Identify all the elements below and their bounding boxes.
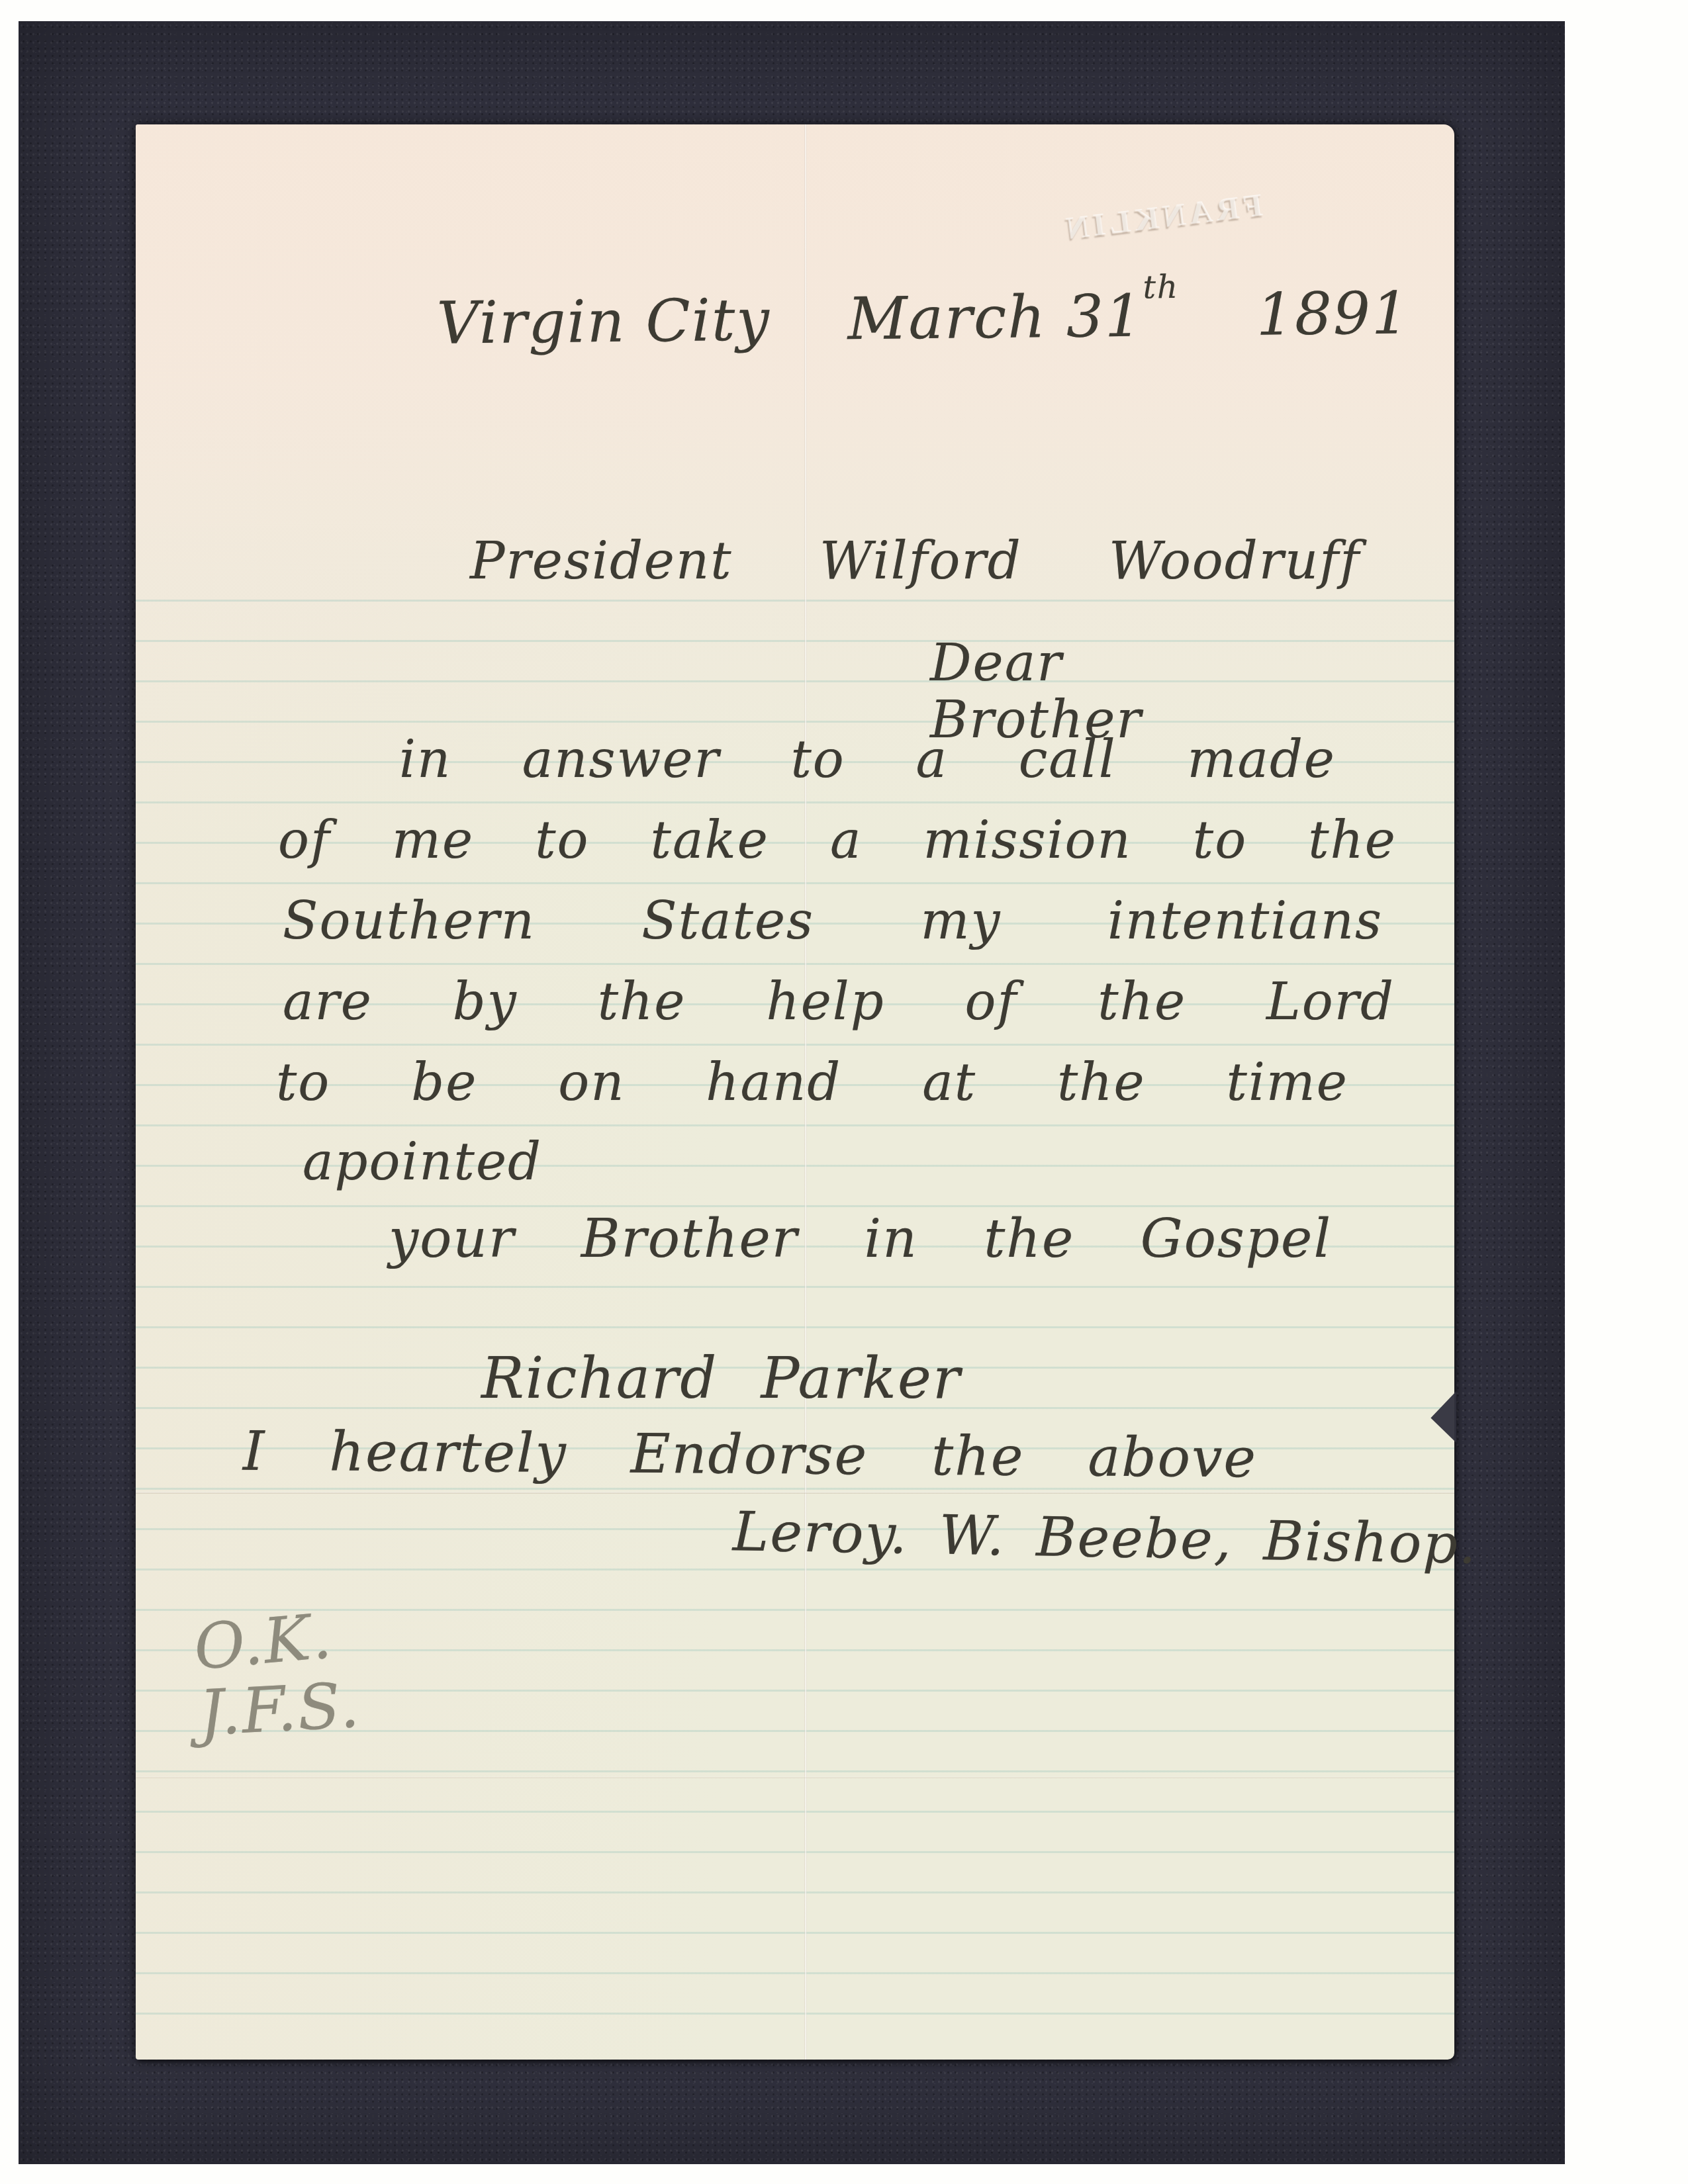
dateline-year: 1891 (1256, 281, 1411, 347)
horizontal-crease-upper (136, 1492, 1454, 1494)
body-line-4: are by the help of the Lord (283, 974, 1395, 1031)
dark-mat-background: FRANKLIN Virgin City March 31th 1891 Pre… (19, 21, 1565, 2164)
endorsement-signature: Leroy. W. Beebe, Bishop. (732, 1502, 1477, 1575)
body-line-5: to be on hand at the time (276, 1055, 1348, 1112)
body-line-6: apointed (303, 1134, 542, 1191)
endorsement-line: I heartely Endorse the above (243, 1422, 1258, 1489)
dateline-date: March 31th (847, 284, 1180, 351)
pencil-note-ok: O.K. (191, 1602, 336, 1682)
stamp-text-mirrored: FRANKLIN (1060, 187, 1264, 248)
letter-paper: FRANKLIN Virgin City March 31th 1891 Pre… (136, 124, 1454, 2060)
closing-line: your Brother in the Gospel (389, 1210, 1332, 1268)
dateline: Virgin City March 31th 1891 (437, 281, 1411, 355)
pencil-note-initials: J.F.S. (197, 1672, 362, 1749)
edge-tear-notch (1429, 1391, 1456, 1443)
signature-richard-parker: Richard Parker (481, 1347, 961, 1410)
body-line-3: Southern States my intentians (283, 893, 1383, 950)
horizontal-crease-lower (136, 1776, 1454, 1778)
dateline-place: Virgin City (437, 288, 771, 355)
dateline-ordinal: th (1143, 269, 1179, 306)
body-line-2: of me to take a mission to the (278, 813, 1397, 870)
body-line-1: in answer to a call made (399, 732, 1336, 789)
embossed-stamp: FRANKLIN (1060, 183, 1303, 271)
recipient-line: President Wilford Woodruff (470, 533, 1360, 590)
scanned-letter-page: { "letter": { "stamp": "FRANKLIN", "date… (0, 0, 1688, 2184)
